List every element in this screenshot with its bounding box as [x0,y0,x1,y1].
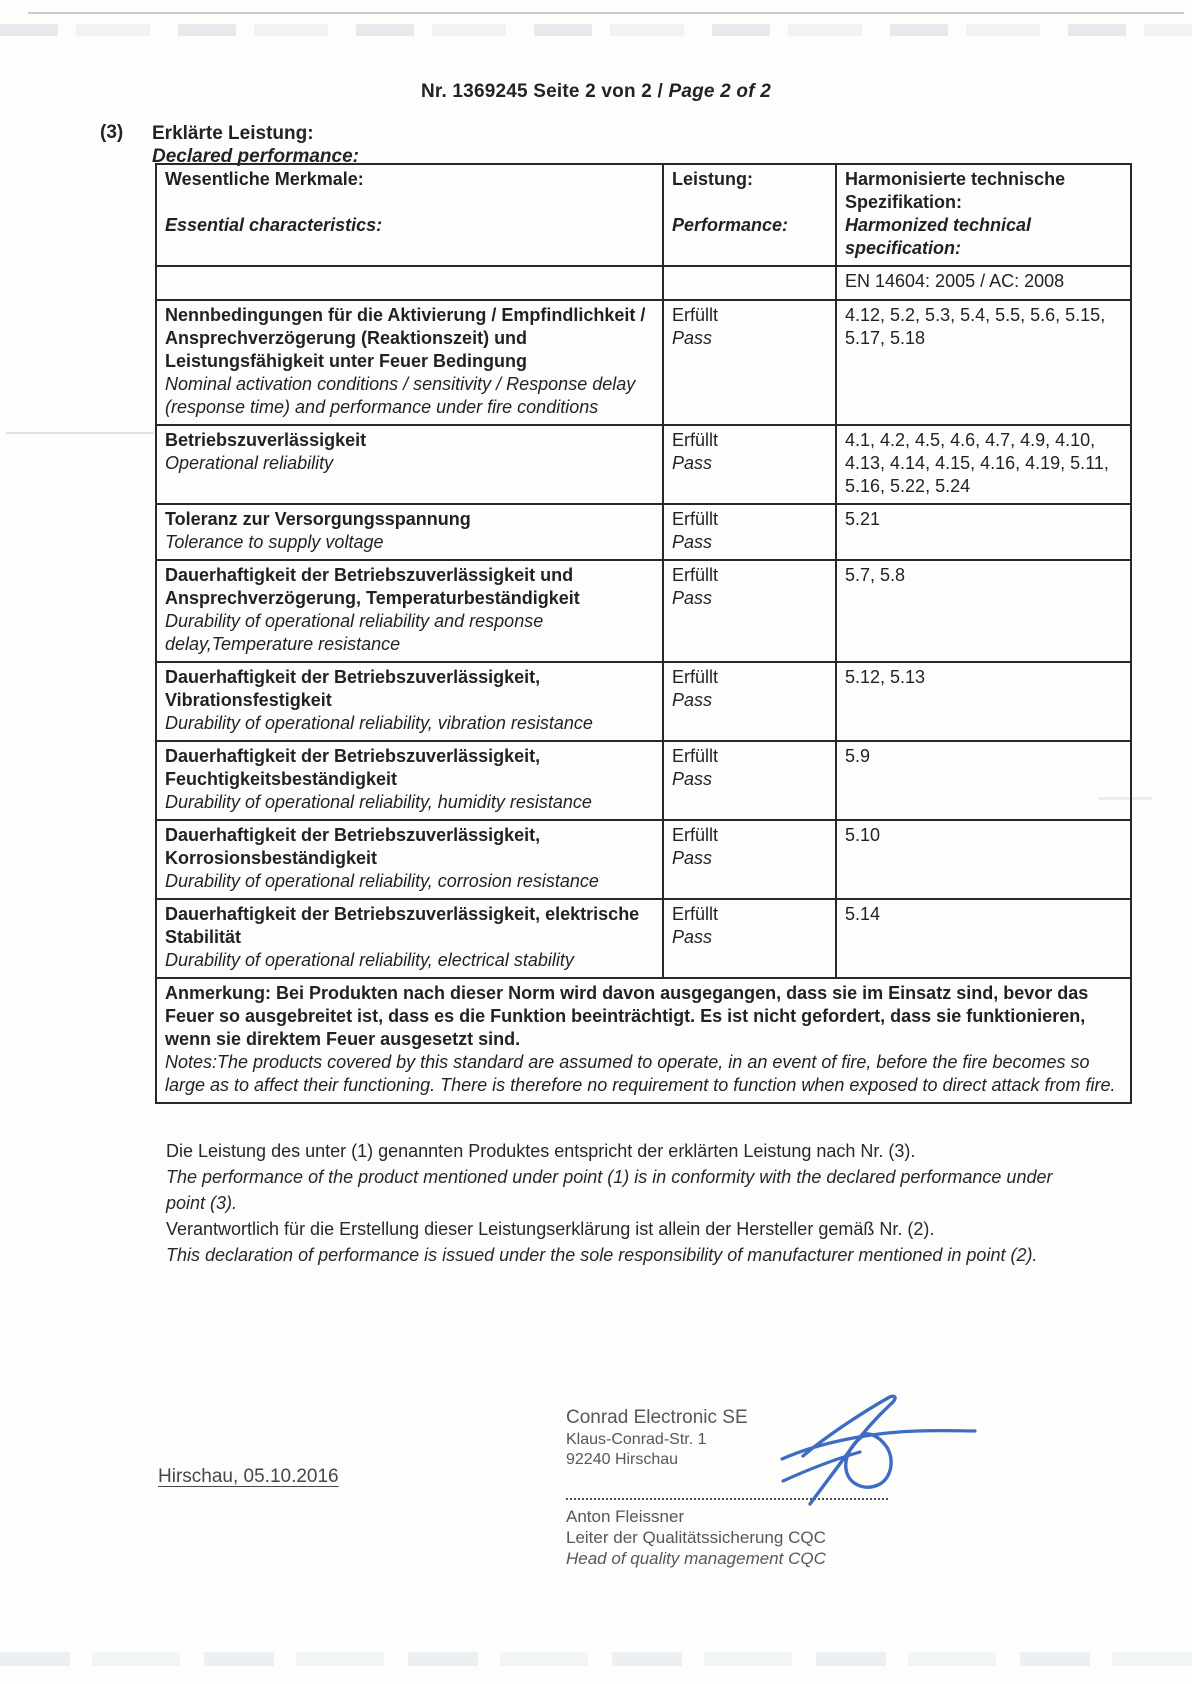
row-performance-cell: Erfüllt Pass [663,662,836,741]
header-cell-characteristics: Wesentliche Merkmale: Essential characte… [156,164,663,266]
standard-row-empty-1 [156,266,663,300]
row-characteristic-cell: Dauerhaftigkeit der Betriebszuverlässigk… [156,820,663,899]
scan-artifact-left-smudge [6,432,154,434]
characteristic-de: Toleranz zur Versorgungsspannung [165,508,654,531]
handwritten-signature-icon [770,1388,985,1513]
page-number-text: Nr. 1369245 Seite 2 von 2 / [421,81,668,102]
row-performance-cell: Erfüllt Pass [663,899,836,978]
table-row: Dauerhaftigkeit der Betriebszuverlässigk… [156,899,1131,978]
table-row: Dauerhaftigkeit der Betriebszuverlässigk… [156,560,1131,662]
section-heading: (3) Erklärte Leistung: Declared performa… [100,122,359,168]
header-characteristics-de: Wesentliche Merkmale: [165,168,654,191]
characteristic-en: Durability of operational reliability, e… [165,949,654,972]
characteristic-de: Dauerhaftigkeit der Betriebszuverlässigk… [165,903,654,949]
standard-reference-value: EN 14604: 2005 / AC: 2008 [836,266,1131,300]
row-spec-cell: 5.14 [836,899,1131,978]
closing-paragraphs: Die Leistung des unter (1) genannten Pro… [155,1138,1066,1268]
header-cell-performance: Leistung: Performance: [663,164,836,266]
row-spec-cell: 5.9 [836,741,1131,820]
characteristic-de: Betriebszuverlässigkeit [165,429,654,452]
row-performance-cell: Erfüllt Pass [663,504,836,560]
performance-value-de: Erfüllt [672,666,827,689]
performance-value-en: Pass [672,926,827,949]
standard-row-empty-2 [663,266,836,300]
performance-value-de: Erfüllt [672,304,827,327]
characteristic-de: Dauerhaftigkeit der Betriebszuverlässigk… [165,824,654,870]
row-characteristic-cell: Toleranz zur Versorgungsspannung Toleran… [156,504,663,560]
performance-value-en: Pass [672,531,827,554]
performance-value-de: Erfüllt [672,745,827,768]
performance-value-de: Erfüllt [672,824,827,847]
performance-value-de: Erfüllt [672,564,827,587]
table-row: Nennbedingungen für die Aktivierung / Em… [156,300,1131,425]
declared-performance-table: Wesentliche Merkmale: Essential characte… [155,163,1132,1104]
performance-value-en: Pass [672,452,827,475]
characteristic-de: Dauerhaftigkeit der Betriebszuverlässigk… [165,564,654,610]
header-specification-de: Harmonisierte technische Spezifikation: [845,168,1122,214]
row-characteristic-cell: Dauerhaftigkeit der Betriebszuverlässigk… [156,741,663,820]
performance-value-en: Pass [672,587,827,610]
table-row: Dauerhaftigkeit der Betriebszuverlässigk… [156,820,1131,899]
header-specification-en: Harmonized technical specification: [845,214,1122,260]
characteristic-de: Dauerhaftigkeit der Betriebszuverlässigk… [165,666,654,712]
row-characteristic-cell: Dauerhaftigkeit der Betriebszuverlässigk… [156,560,663,662]
characteristic-en: Durability of operational reliability, c… [165,870,654,893]
scan-artifact-top-band [0,24,1192,36]
responsibility-statement-de: Verantwortlich für die Erstellung dieser… [166,1216,1066,1242]
page-header: Nr. 1369245 Seite 2 von 2 / Page 2 of 2 [0,81,1192,103]
row-spec-cell: 4.1, 4.2, 4.5, 4.6, 4.7, 4.9, 4.10, 4.13… [836,425,1131,504]
conformity-statement-de: Die Leistung des unter (1) genannten Pro… [166,1138,1066,1164]
header-performance-de: Leistung: [672,168,827,191]
place-date: Hirschau, 05.10.2016 [158,1466,339,1488]
scan-artifact-bottom-band [0,1652,1192,1666]
section-title-de: Erklärte Leistung: [152,122,359,145]
row-spec-cell: 4.12, 5.2, 5.3, 5.4, 5.5, 5.6, 5.15, 5.1… [836,300,1131,425]
section-number: (3) [100,122,152,168]
row-characteristic-cell: Dauerhaftigkeit der Betriebszuverlässigk… [156,899,663,978]
table-header-row: Wesentliche Merkmale: Essential characte… [156,164,1131,266]
row-characteristic-cell: Betriebszuverlässigkeit Operational reli… [156,425,663,504]
scan-artifact-top-line [28,12,1184,14]
notes-de: Anmerkung: Bei Produkten nach dieser Nor… [165,982,1122,1051]
performance-value-en: Pass [672,768,827,791]
performance-value-en: Pass [672,327,827,350]
performance-value-de: Erfüllt [672,508,827,531]
document-body: Wesentliche Merkmale: Essential characte… [155,163,1076,1268]
standard-reference-row: EN 14604: 2005 / AC: 2008 [156,266,1131,300]
table-row: Dauerhaftigkeit der Betriebszuverlässigk… [156,662,1131,741]
characteristic-en: Durability of operational reliability, v… [165,712,654,735]
characteristic-en: Operational reliability [165,452,654,475]
row-spec-cell: 5.7, 5.8 [836,560,1131,662]
signer-role-de: Leiter der Qualitätssicherung CQC [566,1527,896,1548]
row-performance-cell: Erfüllt Pass [663,560,836,662]
characteristic-de: Dauerhaftigkeit der Betriebszuverlässigk… [165,745,654,791]
conformity-statement-en: The performance of the product mentioned… [166,1164,1066,1216]
characteristic-en: Tolerance to supply voltage [165,531,654,554]
table-row: Betriebszuverlässigkeit Operational reli… [156,425,1131,504]
performance-value-de: Erfüllt [672,903,827,926]
row-characteristic-cell: Dauerhaftigkeit der Betriebszuverlässigk… [156,662,663,741]
responsibility-statement-en: This declaration of performance is issue… [166,1242,1066,1268]
table-row: Toleranz zur Versorgungsspannung Toleran… [156,504,1131,560]
row-characteristic-cell: Nennbedingungen für die Aktivierung / Em… [156,300,663,425]
notes-en: Notes:The products covered by this stand… [165,1051,1122,1097]
characteristic-en: Nominal activation conditions / sensitiv… [165,373,654,419]
characteristic-en: Durability of operational reliability an… [165,610,654,656]
row-performance-cell: Erfüllt Pass [663,741,836,820]
page-number-text-italic: Page 2 of 2 [668,81,771,102]
notes-cell: Anmerkung: Bei Produkten nach dieser Nor… [156,978,1131,1103]
header-cell-specification: Harmonisierte technische Spezifikation: … [836,164,1131,266]
characteristic-en: Durability of operational reliability, h… [165,791,654,814]
row-performance-cell: Erfüllt Pass [663,425,836,504]
row-performance-cell: Erfüllt Pass [663,300,836,425]
header-performance-en: Performance: [672,214,827,237]
table-row: Dauerhaftigkeit der Betriebszuverlässigk… [156,741,1131,820]
notes-row: Anmerkung: Bei Produkten nach dieser Nor… [156,978,1131,1103]
signer-role-en: Head of quality management CQC [566,1548,896,1569]
header-characteristics-en: Essential characteristics: [165,214,654,237]
characteristic-de: Nennbedingungen für die Aktivierung / Em… [165,304,654,373]
row-spec-cell: 5.21 [836,504,1131,560]
row-performance-cell: Erfüllt Pass [663,820,836,899]
scanned-document-page: Nr. 1369245 Seite 2 von 2 / Page 2 of 2 … [0,0,1192,1684]
performance-value-de: Erfüllt [672,429,827,452]
row-spec-cell: 5.10 [836,820,1131,899]
row-spec-cell: 5.12, 5.13 [836,662,1131,741]
performance-value-en: Pass [672,847,827,870]
performance-value-en: Pass [672,689,827,712]
section-titles: Erklärte Leistung: Declared performance: [152,122,359,168]
